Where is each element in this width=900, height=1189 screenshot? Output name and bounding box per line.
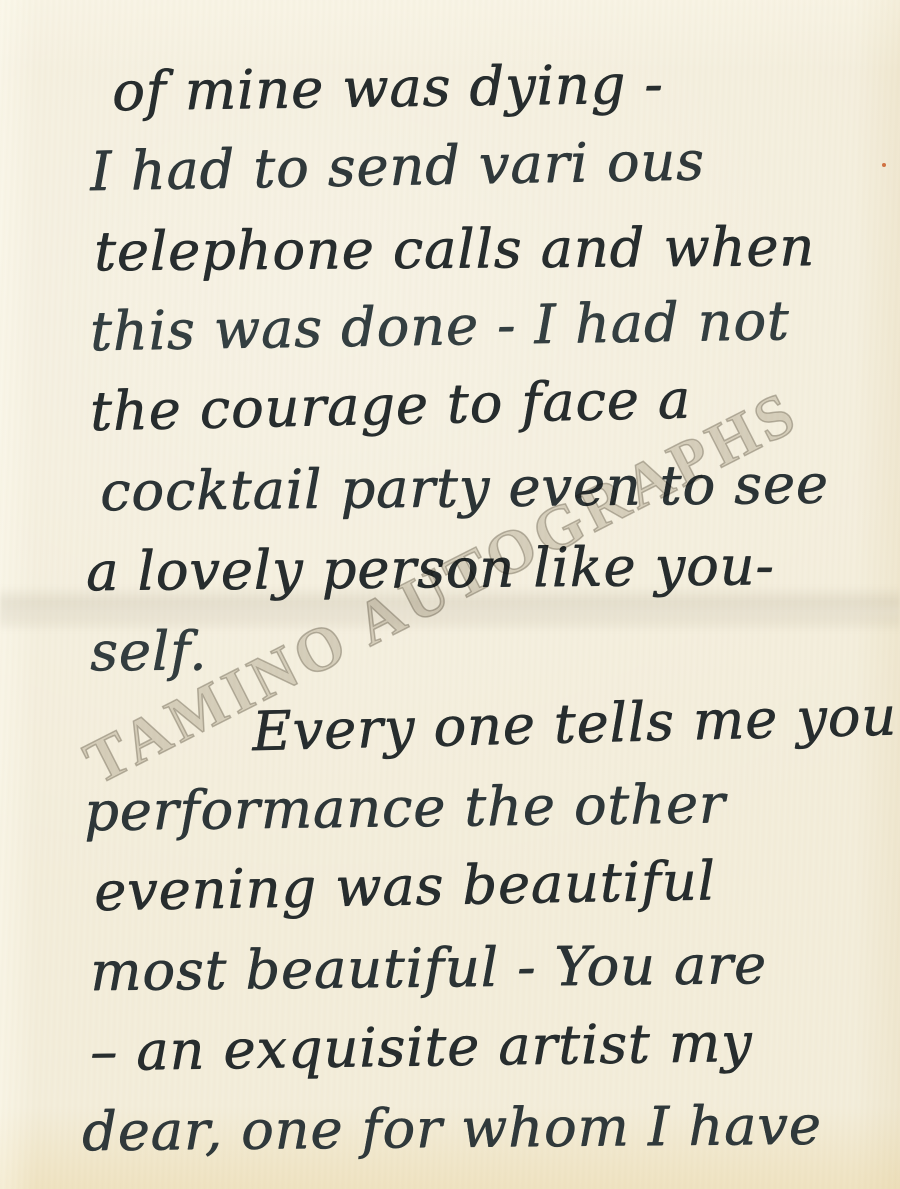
handwritten-line: cocktail party even to see (100, 444, 893, 532)
handwritten-line: I had to send vari ous (89, 118, 892, 212)
handwritten-line: evening was beautiful (93, 838, 892, 932)
handwritten-line: most beautiful - You are (90, 924, 893, 1012)
letter-body: of mine was dying - I had to send vari o… (82, 52, 892, 1172)
dust-speck (882, 163, 886, 167)
letter-scan-page: of mine was dying - I had to send vari o… (0, 0, 900, 1189)
handwritten-line: telephone calls and when (94, 206, 893, 292)
handwritten-line: dear, one for whom I have (82, 1085, 893, 1172)
handwritten-line: the courage to face a (89, 355, 892, 452)
handwritten-line: performance the other (84, 762, 893, 852)
handwritten-line: Every one tells me your (251, 676, 893, 772)
handwritten-line: a lovely person like you- (86, 525, 893, 612)
handwritten-line: of mine was dying - (111, 41, 892, 132)
handwritten-line: – an exquisite artist my (89, 1001, 892, 1092)
